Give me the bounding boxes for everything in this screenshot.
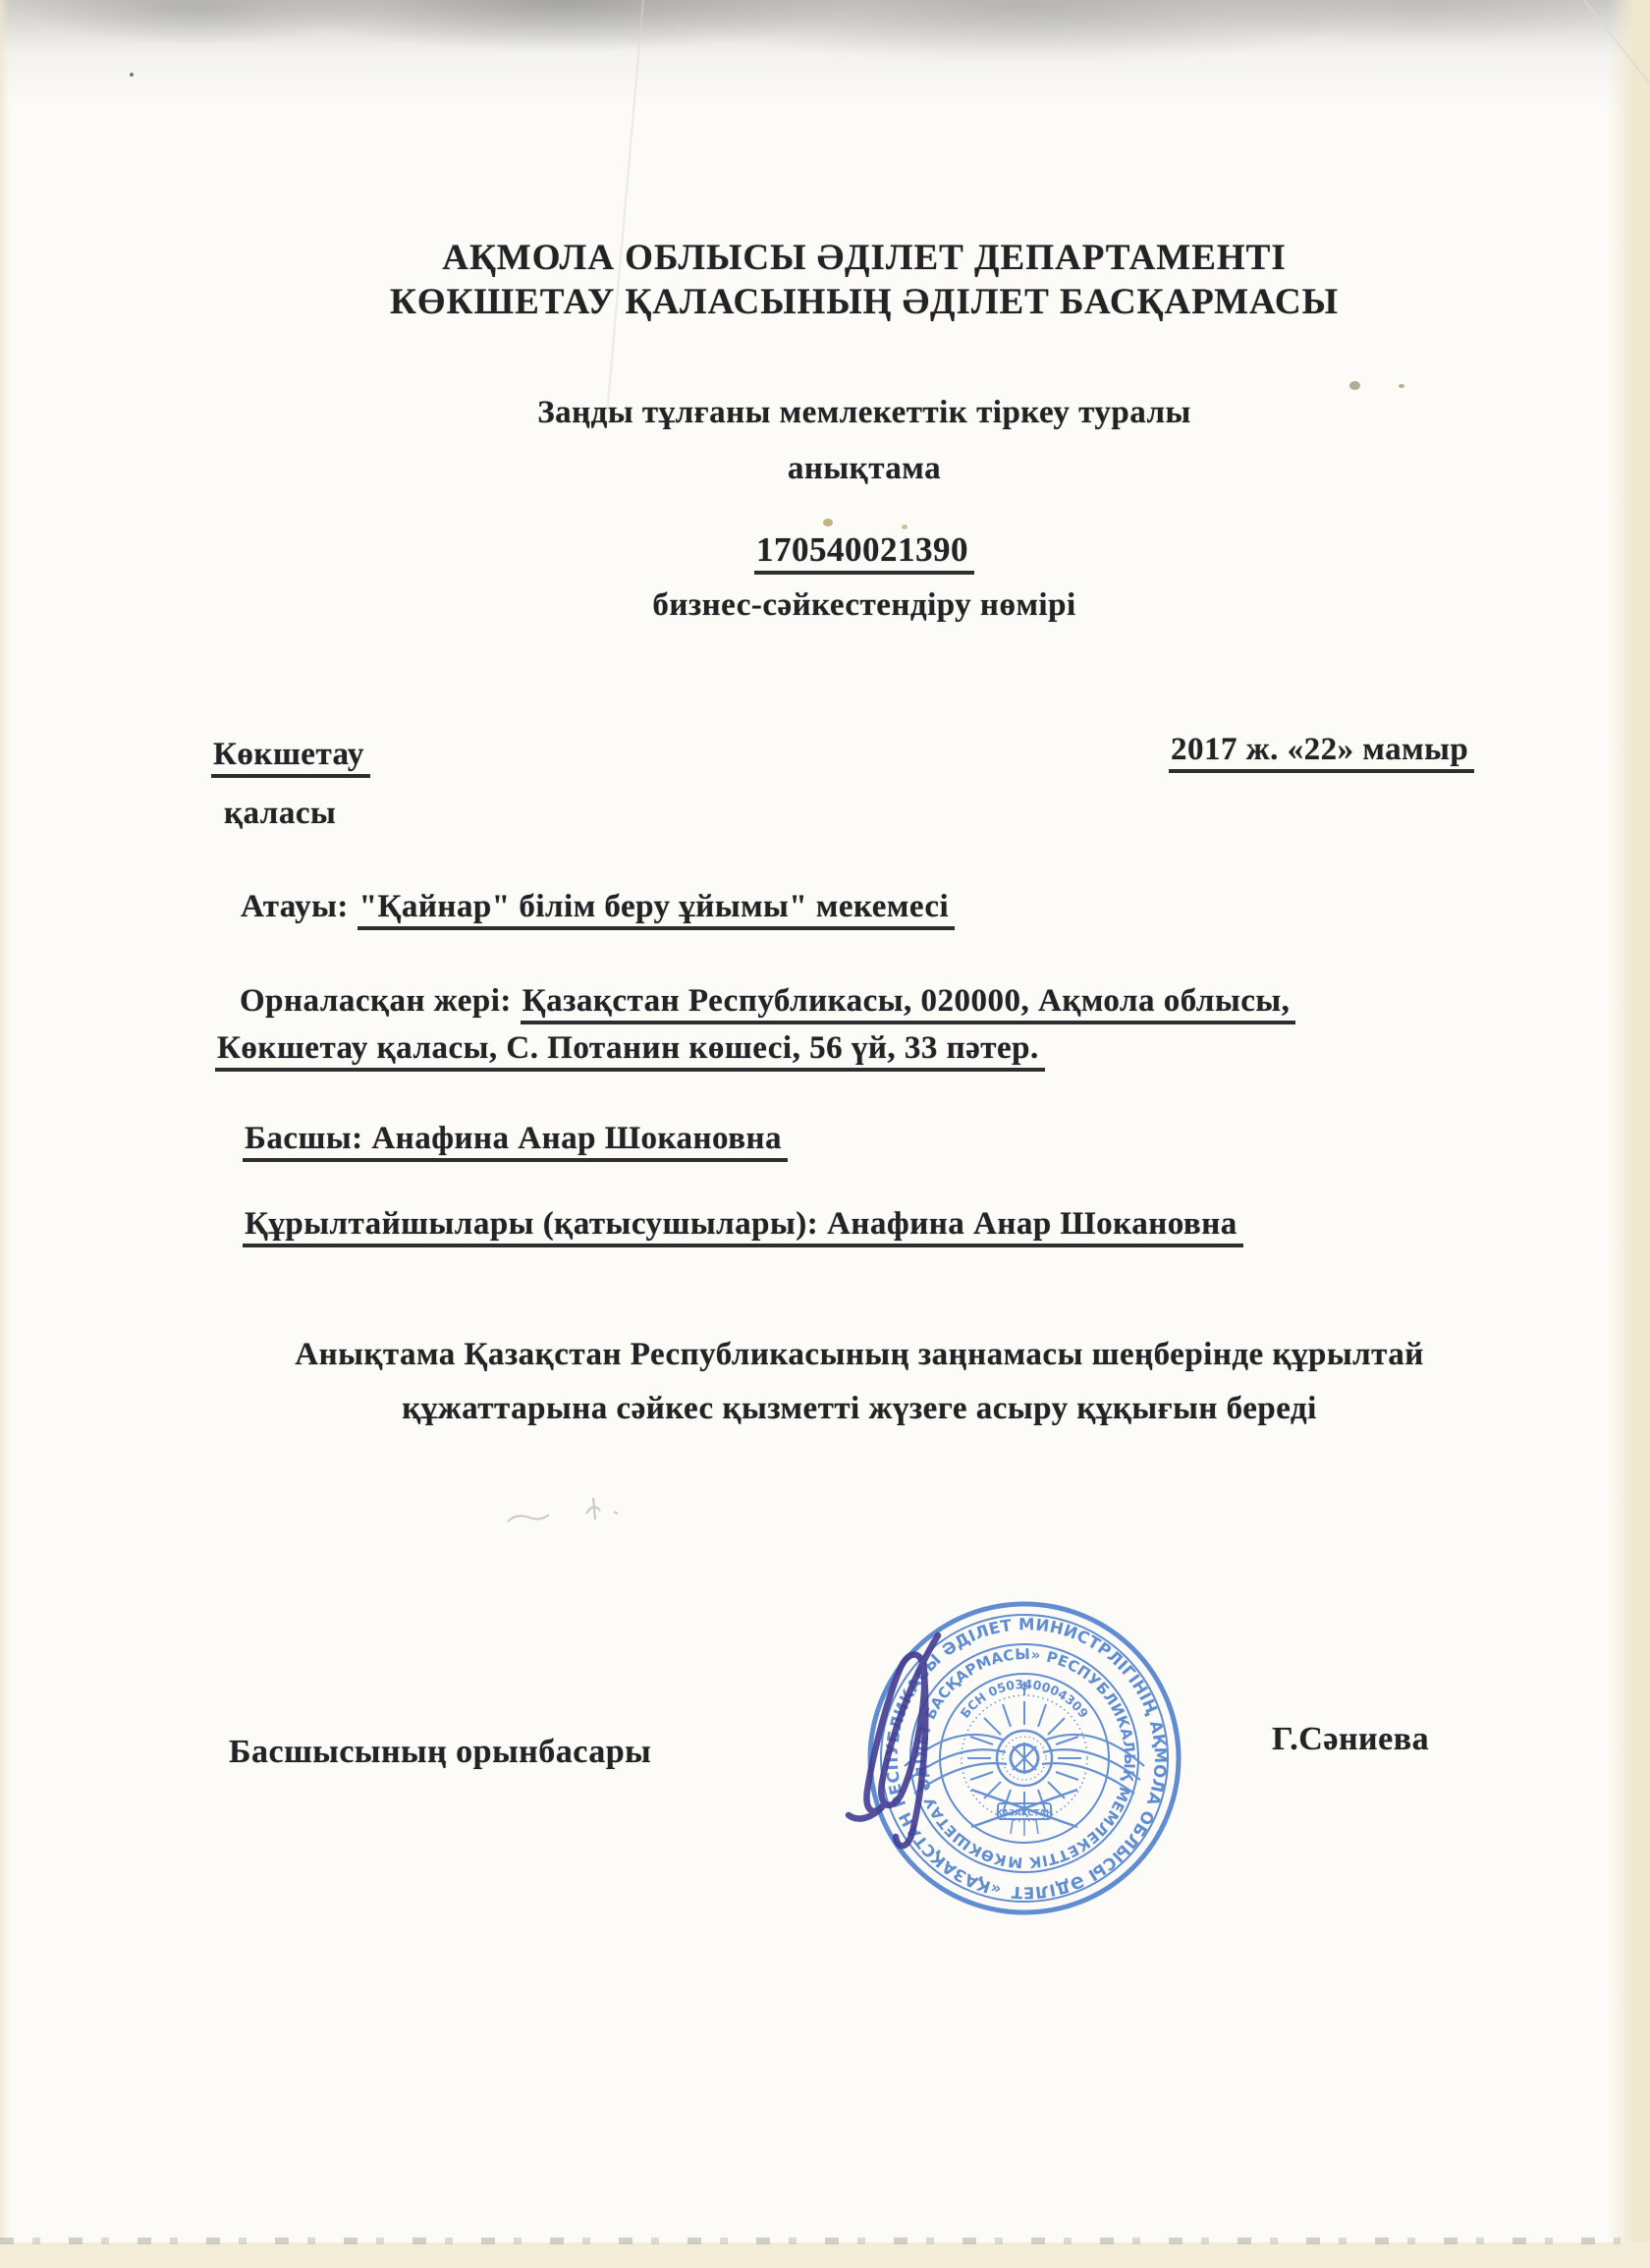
field-founders-label: Құрылтайшылары (қатысушылары): bbox=[245, 1206, 818, 1242]
header-line2: КӨКШЕТАУ ҚАЛАСЫНЫҢ ӘДІЛЕТ БАСҚАРМАСЫ bbox=[98, 280, 1630, 324]
field-location-value1: Қазақстан Республикасы, 020000, Ақмола о… bbox=[521, 983, 1296, 1024]
scan-speckle-line bbox=[0, 2238, 1621, 2244]
scan-shadow-top bbox=[0, 0, 1650, 118]
field-name: Атауы: "Қайнар" білім беру ұйымы" мекеме… bbox=[241, 889, 955, 925]
field-location-line1: Орналасқан жері: Қазақстан Республикасы,… bbox=[240, 983, 1295, 1020]
field-location-value2: Көкшетау қаласы, С. Потанин көшесі, 56 ү… bbox=[215, 1030, 1045, 1072]
scan-edge-left bbox=[0, 0, 10, 2268]
issue-place-line1: Көкшетау bbox=[211, 737, 370, 773]
statement-line1: Анықтама Қазақстан Республикасының заңна… bbox=[206, 1328, 1512, 1382]
scan-edge-right bbox=[1607, 0, 1650, 2268]
document-subject: Заңды тұлғаны мемлекеттік тіркеу туралы … bbox=[98, 385, 1630, 497]
field-head-value: Анафина Анар Шокановна bbox=[371, 1121, 782, 1156]
pencil-marks bbox=[496, 1488, 673, 1542]
document-header: АҚМОЛА ОБЛЫСЫ ӘДІЛЕТ ДЕПАРТАМЕНТІ КӨКШЕТ… bbox=[98, 236, 1630, 324]
field-founders: Құрылтайшылары (қатысушылары): Анафина А… bbox=[243, 1206, 1243, 1243]
subject-line1: Заңды тұлғаны мемлекеттік тіркеу туралы bbox=[98, 385, 1630, 441]
issue-date: 2017 ж. «22» мамыр bbox=[1169, 732, 1474, 768]
statement-paragraph: Анықтама Қазақстан Республикасының заңна… bbox=[206, 1328, 1512, 1436]
dust-spot bbox=[823, 519, 833, 526]
signer-name: Г.Сәниева bbox=[1272, 1721, 1429, 1758]
field-founders-value: Анафина Анар Шокановна bbox=[827, 1206, 1237, 1242]
field-head: Басшы: Анафина Анар Шокановна bbox=[243, 1121, 788, 1157]
paper-crease-top bbox=[606, 0, 644, 412]
scanned-certificate-page: АҚМОЛА ОБЛЫСЫ ӘДІЛЕТ ДЕПАРТАМЕНТІ КӨКШЕТ… bbox=[0, 0, 1650, 2268]
subject-line2: анықтама bbox=[98, 441, 1630, 497]
header-line1: АҚМОЛА ОБЛЫСЫ ӘДІЛЕТ ДЕПАРТАМЕНТІ bbox=[98, 236, 1630, 280]
signer-title: Басшысының орынбасары bbox=[229, 1734, 651, 1771]
bin-number: 170540021390 bbox=[754, 530, 974, 575]
scan-edge-bottom bbox=[0, 2242, 1650, 2268]
field-name-value: "Қайнар" білім беру ұйымы" мекемесі bbox=[357, 889, 956, 930]
field-name-label: Атауы: bbox=[241, 889, 349, 924]
bin-caption: бизнес-сәйкестендіру нөмірі bbox=[98, 587, 1630, 624]
handwritten-signature bbox=[815, 1601, 1012, 1886]
issue-place-line2: қаласы bbox=[224, 796, 336, 832]
dust-spot bbox=[130, 73, 134, 77]
field-head-label: Басшы: bbox=[245, 1121, 363, 1156]
field-location-label: Орналасқан жері: bbox=[240, 983, 512, 1019]
field-location-line2: Көкшетау қаласы, С. Потанин көшесі, 56 ү… bbox=[215, 1030, 1045, 1067]
statement-line2: құжаттарына сәйкес қызметті жүзеге асыру… bbox=[206, 1382, 1512, 1436]
dust-spot bbox=[902, 525, 907, 529]
bin-block: 170540021390 бизнес-сәйкестендіру нөмірі bbox=[98, 530, 1630, 624]
